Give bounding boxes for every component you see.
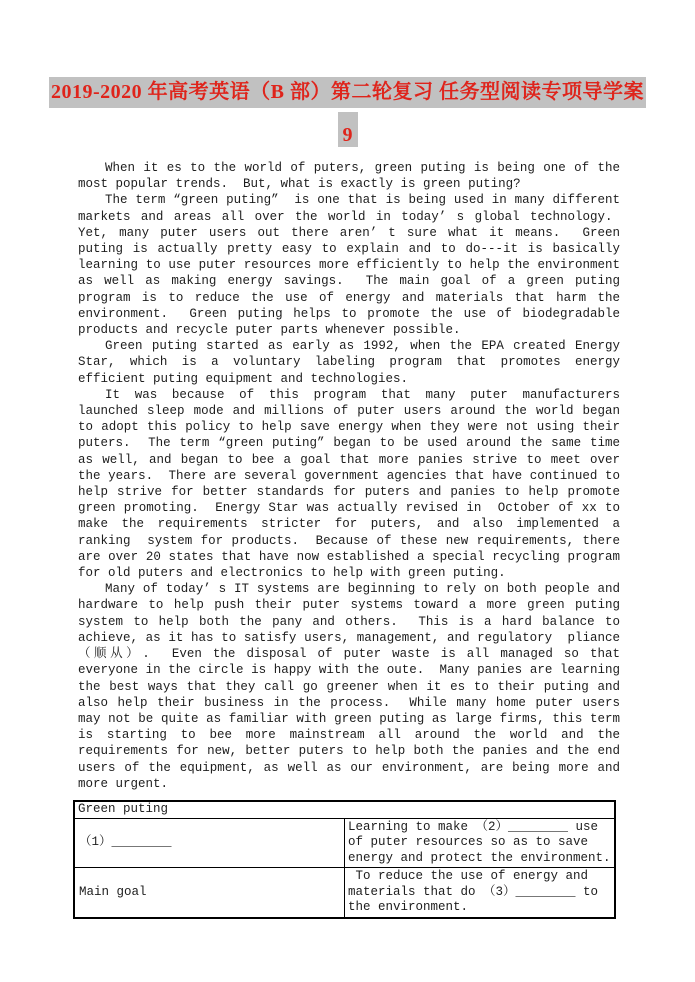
paragraph-5: Many of today’ s IT systems are beginnin… xyxy=(78,581,620,792)
table-row2-label-cell: Main goal xyxy=(74,868,345,918)
table-row1-content-cell: Learning to make （2）________ use of pute… xyxy=(345,818,616,868)
title-text: 2019-2020 年高考英语（B 部）第二轮复习 任务型阅读专项导学案 xyxy=(49,77,646,108)
paragraph-3: Green puting started as early as 1992, w… xyxy=(78,338,620,387)
document-page: 2019-2020 年高考英语（B 部）第二轮复习 任务型阅读专项导学案 9 W… xyxy=(0,0,695,982)
paragraph-4: It was because of this program that many… xyxy=(78,387,620,581)
summary-table: Green puting （1）________ Learning to mak… xyxy=(73,800,616,919)
paragraph-1: When it es to the world of puters, green… xyxy=(78,160,620,192)
table-row: （1）________ Learning to make （2）________… xyxy=(74,818,615,868)
title-number: 9 xyxy=(338,112,358,147)
document-body: When it es to the world of puters, green… xyxy=(78,160,620,792)
table-row2-content-cell: To reduce the use of energy and material… xyxy=(345,868,616,918)
document-title: 2019-2020 年高考英语（B 部）第二轮复习 任务型阅读专项导学案 xyxy=(0,77,695,108)
paragraph-2: The term “green puting” is one that is b… xyxy=(78,192,620,338)
table-row: Main goal To reduce the use of energy an… xyxy=(74,868,615,918)
table-row1-label-cell: （1）________ xyxy=(74,818,345,868)
document-title-number-row: 9 xyxy=(0,112,695,147)
table-header-row: Green puting xyxy=(74,801,615,818)
table-header-cell: Green puting xyxy=(74,801,615,818)
